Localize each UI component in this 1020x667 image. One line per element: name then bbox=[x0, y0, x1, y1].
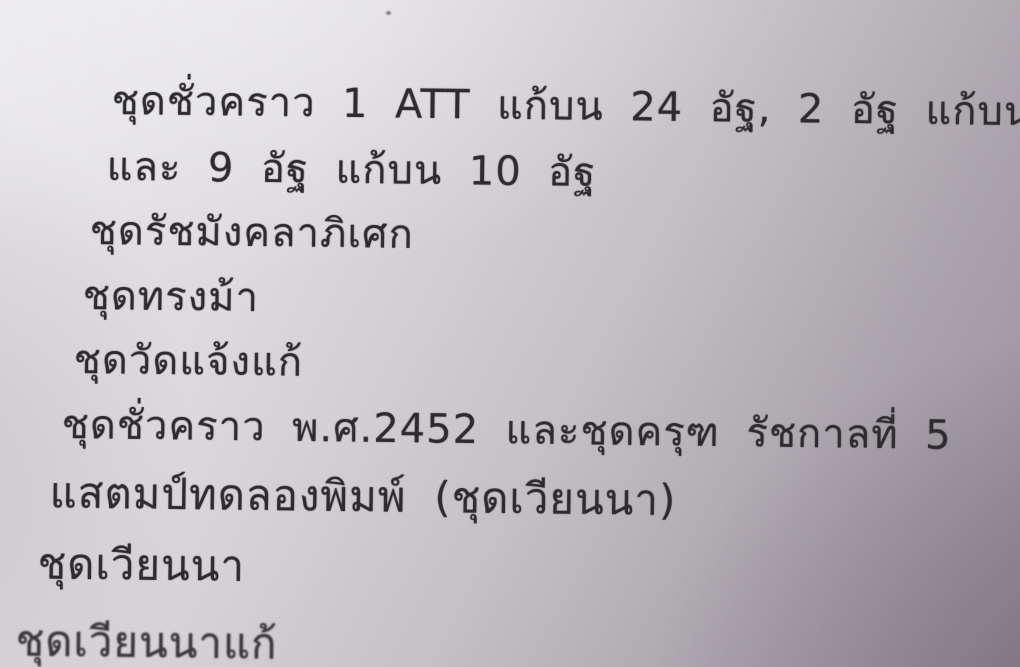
text-line-overprint-surcharge-series: ชุดชั่วคราว 1 ATT แก้บน 24 อัฐ, 2 อัฐ แก… bbox=[111, 78, 1020, 140]
paper-speck bbox=[386, 11, 391, 15]
text-line-songma-series: ชุดทรงม้า bbox=[82, 273, 259, 321]
text-line-trial-print-vienna-series: แสตมป์ทดลองพิมพ์ (ชุดเวียนนา) bbox=[49, 469, 676, 525]
text-line-provisional-2452-garuda-series: ชุดชั่วคราว พ.ศ.2452 และชุดครุฑ รัชกาลที… bbox=[61, 402, 951, 459]
text-line-ratchamangkhala-series: ชุดรัชมังคลาภิเศก bbox=[89, 208, 414, 258]
text-line-vienna-surcharge-series: ชุดเวียนนาแก้ bbox=[15, 617, 277, 667]
photographed-page: ชุดชั่วคราว 1 ATT แก้บน 24 อัฐ, 2 อัฐ แก… bbox=[0, 0, 1020, 667]
text-line-vienna-series: ชุดเวียนนา bbox=[37, 540, 245, 591]
text-line-overprint-surcharge-continued: และ 9 อัฐ แก้บน 10 อัฐ bbox=[106, 144, 596, 196]
text-line-wat-chaeng-series: ชุดวัดแจ้งแก้ bbox=[73, 337, 303, 386]
